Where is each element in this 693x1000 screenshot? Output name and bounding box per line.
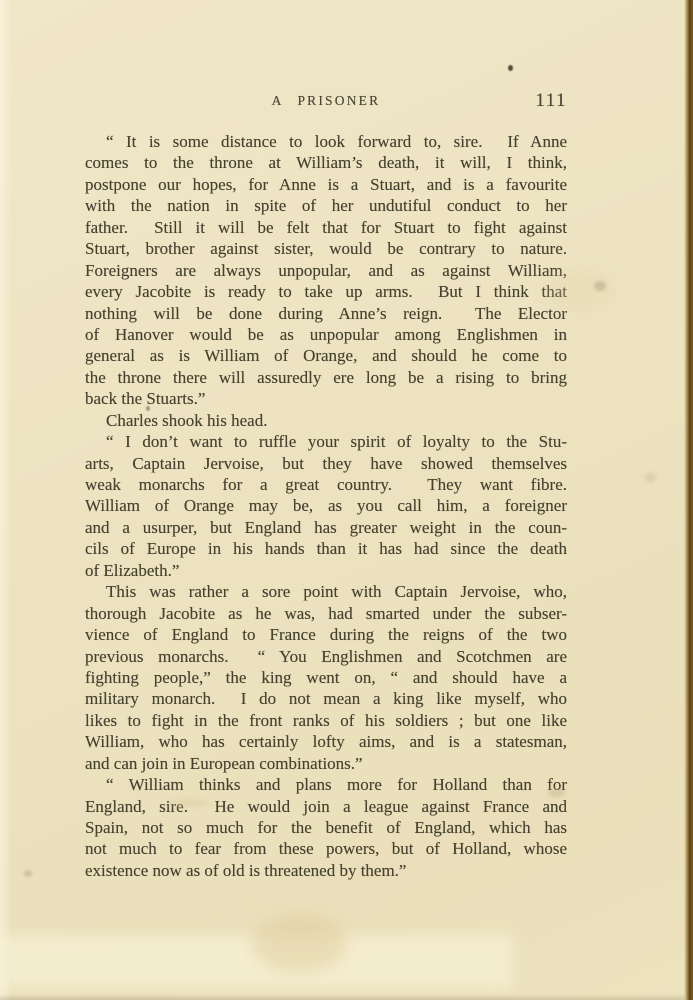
bottom-light-band xyxy=(0,936,513,988)
book-edge xyxy=(684,0,693,1000)
scan-speck xyxy=(645,473,656,482)
text-line: vience of England to France during the r… xyxy=(85,624,567,645)
text-line: Spain, not so much for the benefit of En… xyxy=(85,817,567,838)
text-line: cils of Europe in his hands than it has … xyxy=(85,538,567,559)
scan-speck xyxy=(594,281,606,291)
text-line: weak monarchs for a great country. They … xyxy=(85,474,567,495)
text-line: and a usurper, but England has greater w… xyxy=(85,517,567,538)
page-header: A PRISONER 111 xyxy=(85,90,567,112)
text-line: thorough Jacobite as he was, had smarted… xyxy=(85,603,567,624)
page-text: “ It is some distance to look forward to… xyxy=(85,131,567,881)
left-edge-highlight xyxy=(0,0,12,1000)
text-line: every Jacobite is ready to take up arms.… xyxy=(85,281,567,302)
text-line: William, who has certainly lofty aims, a… xyxy=(85,731,567,752)
text-line: “ I don’t want to ruffle your spirit of … xyxy=(85,431,567,452)
text-line: Charles shook his head. xyxy=(85,410,567,431)
text-line: Foreigners are always unpopular, and as … xyxy=(85,260,567,281)
text-line: comes to the throne at William’s death, … xyxy=(85,152,567,173)
text-line: of Hanover would be as unpopular among E… xyxy=(85,324,567,345)
text-line: of Elizabeth.” xyxy=(85,560,567,581)
text-line: existence now as of old is threatened by… xyxy=(85,860,567,881)
text-line: “ William thinks and plans more for Holl… xyxy=(85,774,567,795)
text-line: “ It is some distance to look forward to… xyxy=(85,131,567,152)
page-number: 111 xyxy=(535,90,567,112)
text-line: arts, Captain Jervoise, but they have sh… xyxy=(85,453,567,474)
text-line: back the Stuarts.” xyxy=(85,388,567,409)
text-line: previous monarchs. “ You Englishmen and … xyxy=(85,646,567,667)
text-line: with the nation in spite of her undutifu… xyxy=(85,195,567,216)
scan-speck xyxy=(508,65,513,71)
text-line: England, sire. He would join a league ag… xyxy=(85,796,567,817)
scan-speck xyxy=(24,870,32,877)
text-line: likes to fight in the front ranks of his… xyxy=(85,710,567,731)
text-line: and can join in European combinations.” xyxy=(85,753,567,774)
text-line: postpone our hopes, for Anne is a Stuart… xyxy=(85,174,567,195)
text-line: not much to fear from these powers, but … xyxy=(85,838,567,859)
text-line: father. Still it will be felt that for S… xyxy=(85,217,567,238)
text-line: nothing will be done during Anne’s reign… xyxy=(85,303,567,324)
text-line: military monarch. I do not mean a king l… xyxy=(85,688,567,709)
book-page: A PRISONER 111 “ It is some distance to … xyxy=(0,0,693,1000)
running-title: A PRISONER xyxy=(85,93,567,109)
text-line: Stuart, brother against sister, would be… xyxy=(85,238,567,259)
text-line: general as is William of Orange, and sho… xyxy=(85,345,567,366)
text-line: the throne there will assuredly ere long… xyxy=(85,367,567,388)
text-line: William of Orange may be, as you call hi… xyxy=(85,495,567,516)
text-line: This was rather a sore point with Captai… xyxy=(85,581,567,602)
text-line: fighting people,” the king went on, “ an… xyxy=(85,667,567,688)
bottom-edge-shade xyxy=(0,994,693,1000)
